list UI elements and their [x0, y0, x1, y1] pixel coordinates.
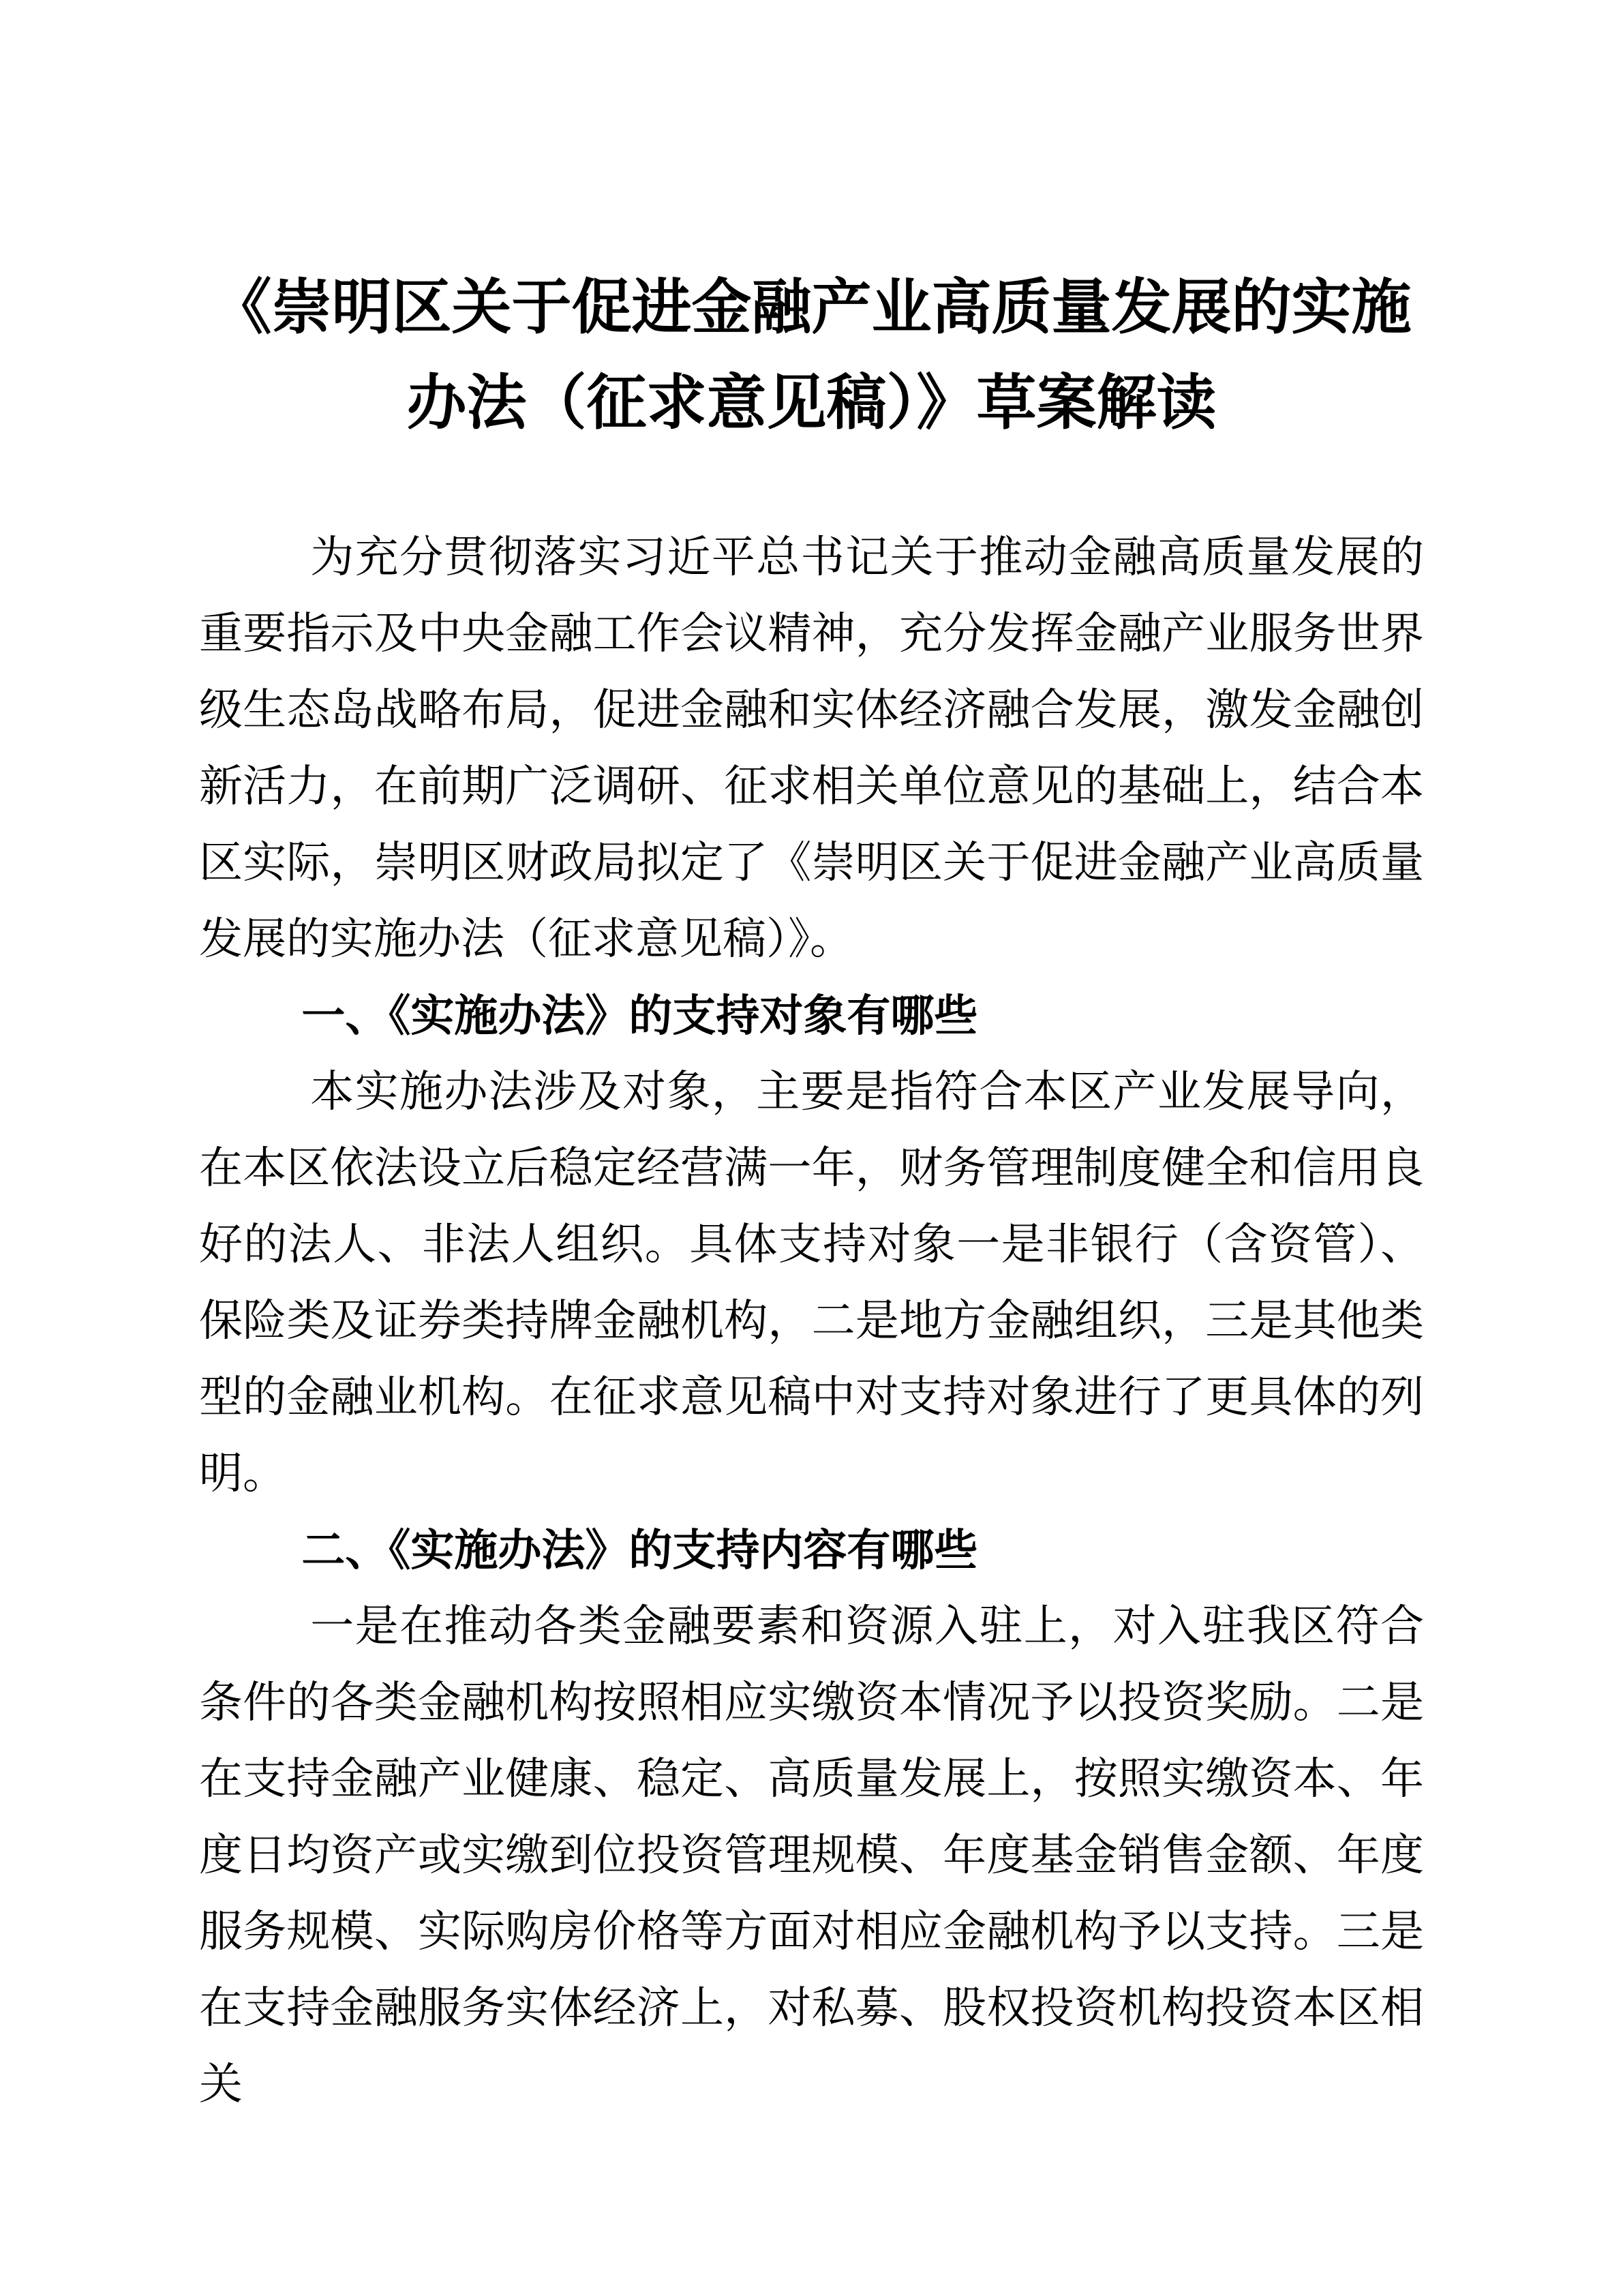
section-heading-support-content: 二、《实施办法》的支持内容有哪些: [199, 1512, 1424, 1588]
paragraph-support-content: 一是在推动各类金融要素和资源入驻上，对入驻我区符合条件的各类金融机构按照相应实缴…: [199, 1588, 1424, 2123]
paragraph-intro: 为充分贯彻落实习近平总书记关于推动金融高质量发展的重要指示及中央金融工作会议精神…: [199, 519, 1424, 978]
document-page: 《崇明区关于促进金融产业高质量发展的实施办法（征求意见稿）》草案解读 为充分贯彻…: [0, 0, 1623, 2296]
section-heading-support-targets: 一、《实施办法》的支持对象有哪些: [199, 978, 1424, 1054]
document-title: 《崇明区关于促进金融产业高质量发展的实施办法（征求意见稿）》草案解读: [199, 261, 1424, 452]
paragraph-support-targets: 本实施办法涉及对象，主要是指符合本区产业发展导向，在本区依法设立后稳定经营满一年…: [199, 1054, 1424, 1512]
